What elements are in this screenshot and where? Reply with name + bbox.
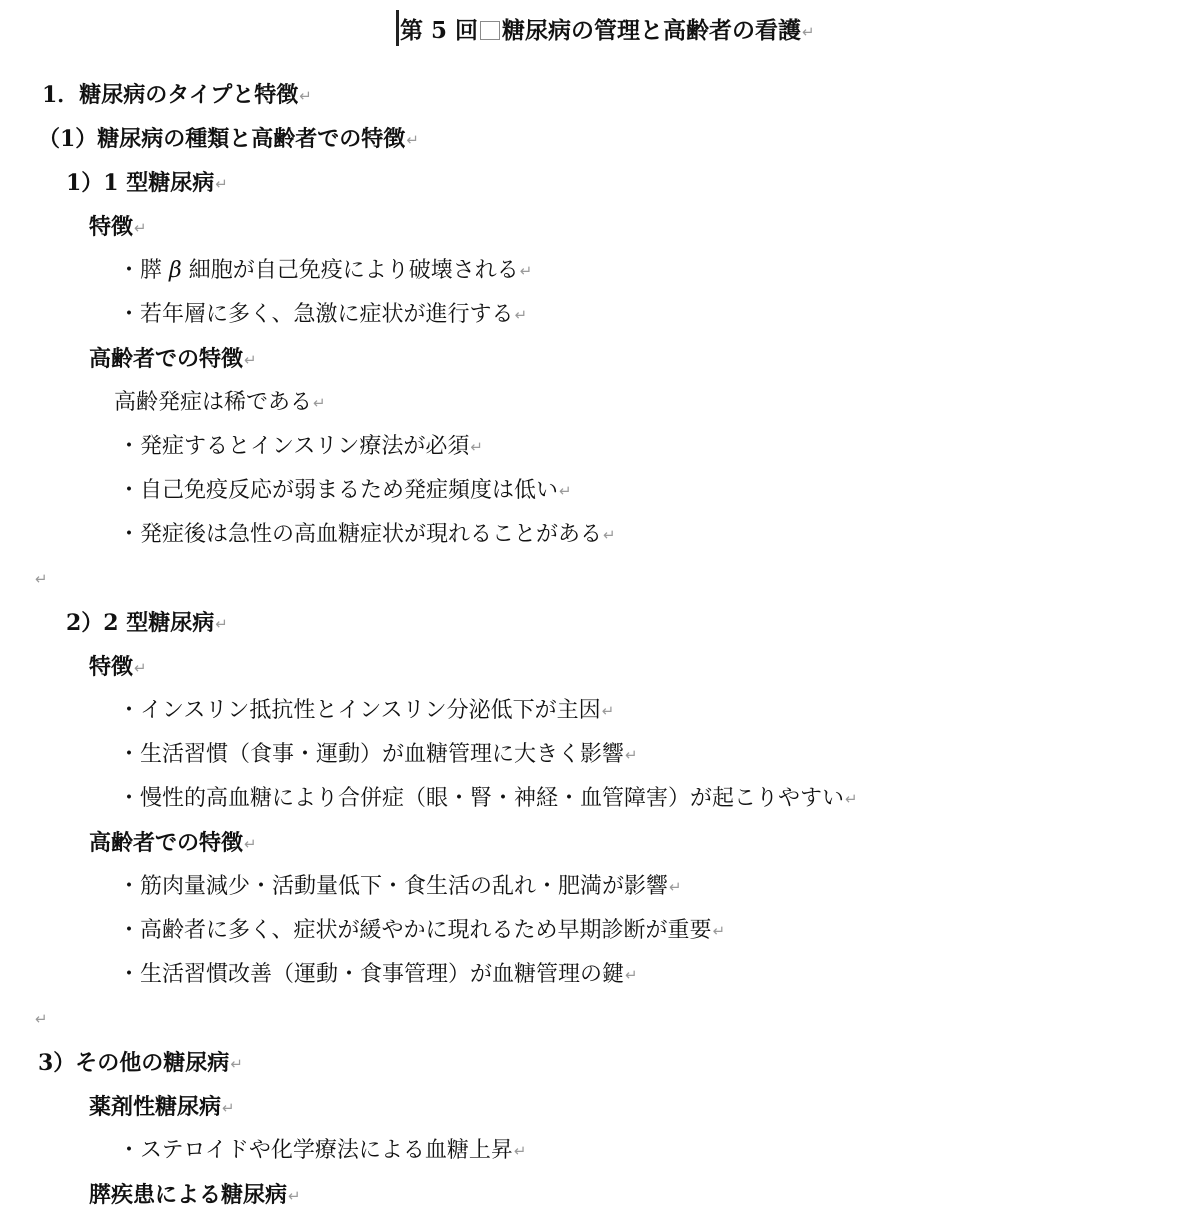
paragraph-text: 高齢者での特徴	[89, 830, 243, 856]
paragraph-mark-icon: ↵	[470, 438, 483, 456]
paragraph-type1-e3: ・発症後は急性の高血糖症状が現れることがある↵	[118, 520, 616, 550]
paragraph-type2-e3: ・生活習慣改善（運動・食事管理）が血糖管理の鍵↵	[118, 960, 638, 990]
paragraph-h3-type1: 1）1 型糖尿病↵	[66, 168, 228, 198]
paragraph-h1: 1．糖尿病のタイプと特徴↵	[42, 80, 312, 110]
paragraph-text: 1）1 型糖尿病	[66, 170, 214, 196]
paragraph-text: ・生活習慣（食事・運動）が血糖管理に大きく影響	[118, 742, 624, 767]
paragraph-h3-other: 3）その他の糖尿病↵	[38, 1048, 243, 1078]
paragraph-text: ・生活習慣改善（運動・食事管理）が血糖管理の鍵	[118, 962, 624, 987]
paragraph-mark-icon: ↵	[288, 1187, 301, 1205]
paragraph-mark-icon: ↵	[35, 1010, 48, 1028]
paragraph-mark-icon: ↵	[625, 966, 638, 984]
paragraph-text: （1）糖尿病の種類と高齢者での特徴	[38, 126, 405, 152]
paragraph-mark-icon: ↵	[802, 23, 815, 41]
paragraph-text: ・インスリン抵抗性とインスリン分泌低下が主因	[118, 698, 601, 723]
paragraph-mark-icon: ↵	[406, 131, 419, 149]
paragraph-mark-icon: ↵	[713, 922, 726, 940]
paragraph-h3-type2: 2）2 型糖尿病↵	[66, 608, 228, 638]
document-page[interactable]: 第 5 回糖尿病の管理と高齢者の看護↵ 1．糖尿病のタイプと特徴↵（1）糖尿病の…	[0, 0, 1200, 1222]
paragraph-h2: （1）糖尿病の種類と高齢者での特徴↵	[38, 124, 419, 154]
paragraph-type2-features-label: 特徴↵	[89, 652, 147, 682]
paragraph-mark-icon: ↵	[230, 1055, 243, 1073]
paragraph-mark-icon: ↵	[625, 746, 638, 764]
paragraph-mark-icon: ↵	[134, 219, 147, 237]
paragraph-drug-induced-1: ・ステロイドや化学療法による血糖上昇↵	[118, 1136, 526, 1166]
paragraph-drug-induced-label: 薬剤性糖尿病↵	[89, 1092, 235, 1122]
paragraph-type1-e1: ・発症するとインスリン療法が必須↵	[118, 432, 483, 462]
document-title: 第 5 回糖尿病の管理と高齢者の看護↵	[396, 10, 815, 40]
paragraph-type1-e0: 高齢発症は稀である↵	[114, 388, 326, 418]
paragraph-text: ・自己免疫反応が弱まるため発症頻度は低い	[118, 478, 558, 503]
paragraph-mark-icon: ↵	[244, 351, 257, 369]
paragraph-type1-f1-pre: ・膵 β 細胞が自己免疫により破壊される↵	[118, 256, 532, 286]
paragraph-text: 特徴	[89, 214, 133, 240]
paragraph-text: 高齢発症は稀である	[114, 390, 312, 415]
paragraph-mark-icon: ↵	[845, 790, 858, 808]
paragraph-text: ・発症するとインスリン療法が必須	[118, 434, 469, 459]
paragraph-type2-elderly-label: 高齢者での特徴↵	[89, 828, 257, 858]
fullwidth-space-mark-icon	[480, 21, 500, 40]
paragraph-text: ・若年層に多く、急激に症状が進行する	[118, 302, 514, 327]
title-text: 糖尿病の管理と高齢者の看護	[502, 17, 801, 44]
paragraph-text: 3）その他の糖尿病	[38, 1050, 229, 1076]
paragraph-text: ・筋肉量減少・活動量低下・食生活の乱れ・肥満が影響	[118, 874, 668, 899]
paragraph-text: ・ステロイドや化学療法による血糖上昇	[118, 1138, 513, 1163]
paragraph-text: 特徴	[89, 654, 133, 680]
paragraph-text-rest: 細胞が自己免疫により破壊される	[182, 258, 519, 283]
paragraph-text: 薬剤性糖尿病	[89, 1094, 221, 1120]
paragraph-mark-icon: ↵	[215, 175, 228, 193]
paragraph-type2-e1: ・筋肉量減少・活動量低下・食生活の乱れ・肥満が影響↵	[118, 872, 682, 902]
beta-symbol: β	[169, 258, 182, 283]
paragraph-mark-icon: ↵	[134, 659, 147, 677]
title-prefix: 第 5 回	[400, 17, 478, 44]
paragraph-text: ・高齢者に多く、症状が緩やかに現れるため早期診断が重要	[118, 918, 712, 943]
paragraph-blank-2: ↵	[34, 1004, 48, 1034]
paragraph-mark-icon: ↵	[515, 306, 528, 324]
paragraph-type1-f2: ・若年層に多く、急激に症状が進行する↵	[118, 300, 527, 330]
paragraph-mark-icon: ↵	[514, 1142, 527, 1160]
paragraph-text: ・慢性的高血糖により合併症（眼・腎・神経・血管障害）が起こりやすい	[118, 786, 844, 811]
paragraph-text: 膵疾患による糖尿病	[89, 1182, 287, 1208]
paragraph-mark-icon: ↵	[520, 262, 533, 280]
paragraph-type2-e2: ・高齢者に多く、症状が緩やかに現れるため早期診断が重要↵	[118, 916, 725, 946]
paragraph-text: 2）2 型糖尿病	[66, 610, 214, 636]
text-cursor	[396, 10, 399, 46]
paragraph-type1-e2: ・自己免疫反応が弱まるため発症頻度は低い↵	[118, 476, 572, 506]
paragraph-type2-f3: ・慢性的高血糖により合併症（眼・腎・神経・血管障害）が起こりやすい↵	[118, 784, 858, 814]
paragraph-text: 高齢者での特徴	[89, 346, 243, 372]
paragraph-blank-1: ↵	[34, 564, 48, 594]
paragraph-mark-icon: ↵	[603, 526, 616, 544]
paragraph-mark-icon: ↵	[602, 702, 615, 720]
paragraph-mark-icon: ↵	[313, 394, 326, 412]
paragraph-mark-icon: ↵	[299, 87, 312, 105]
paragraph-type2-f2: ・生活習慣（食事・運動）が血糖管理に大きく影響↵	[118, 740, 638, 770]
paragraph-text: ・発症後は急性の高血糖症状が現れることがある	[118, 522, 602, 547]
paragraph-pancreatic-label: 膵疾患による糖尿病↵	[89, 1180, 301, 1210]
paragraph-text: 1．糖尿病のタイプと特徴	[42, 82, 298, 108]
paragraph-mark-icon: ↵	[215, 615, 228, 633]
paragraph-mark-icon: ↵	[222, 1099, 235, 1117]
paragraph-type1-elderly-label: 高齢者での特徴↵	[89, 344, 257, 374]
paragraph-text: ・膵	[118, 258, 169, 283]
paragraph-type2-f1: ・インスリン抵抗性とインスリン分泌低下が主因↵	[118, 696, 614, 726]
paragraph-type1-features-label: 特徴↵	[89, 212, 147, 242]
paragraph-mark-icon: ↵	[35, 570, 48, 588]
paragraph-mark-icon: ↵	[669, 878, 682, 896]
paragraph-mark-icon: ↵	[559, 482, 572, 500]
paragraph-mark-icon: ↵	[244, 835, 257, 853]
